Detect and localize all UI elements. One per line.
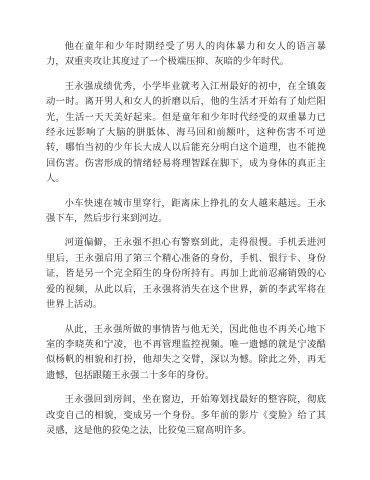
paragraph: 从此，王永强所做的事情皆与他无关，因此他也不再关心地下室的李晓英和宁凌，也不再管… [46,322,326,384]
paragraph: 王永强成绩优秀，小学毕业就考入江州最好的初中，在全镇轰动一时。离开男人和女人的折… [46,79,326,187]
paragraph: 他在童年和少年时期经受了男人的肉体暴力和女人的语言暴力，双重夹攻让其度过了一个极… [46,39,326,70]
paragraph: 小车快速在城市里穿行，距离床上挣扎的女人越来越远。王永强下车，然后步行来到河边。 [46,196,326,227]
document-page: 他在童年和少年时期经受了男人的肉体暴力和女人的语言暴力，双重夹攻让其度过了一个极… [46,39,326,447]
paragraph: 河道偏僻，王永强不担心有警察到此，走得很慢。手机丢进河里后，王永强启用了第三个精… [46,235,326,312]
paragraph: 王永强回到房间，坐在窗边，开始筹划找最好的整容院，彻底改变自己的相貌，变成另一个… [46,392,326,438]
